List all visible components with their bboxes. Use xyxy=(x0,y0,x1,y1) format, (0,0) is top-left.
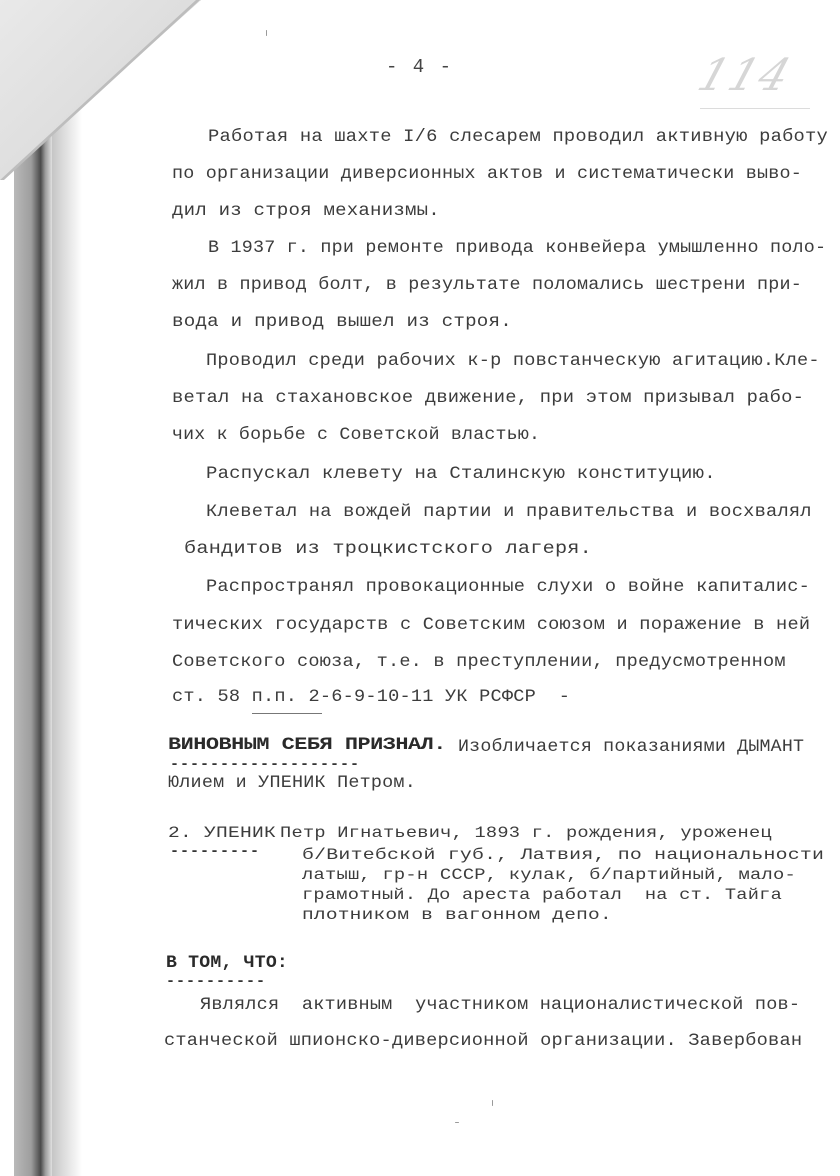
charge-heading: В ТОМ, ЧТО: xyxy=(166,954,288,973)
guilt-heading-underline: ------------------- xyxy=(170,756,360,773)
accused-2-heading-underline: --------- xyxy=(170,843,260,860)
paragraph-4-line-1: Распускал клевету на Сталинскую конститу… xyxy=(206,465,716,484)
charge-line-1: Являлся активным участником националисти… xyxy=(200,996,800,1015)
guilt-heading: ВИНОВНЫМ СЕБЯ ПРИЗНАЛ. xyxy=(168,736,446,755)
paragraph-6-line-2: тических государств с Советским союзом и… xyxy=(172,616,810,635)
paragraph-2-line-2: жил в привод болт, в результате поломали… xyxy=(172,276,802,295)
paragraph-3-line-2: ветал на стахановское движение, при этом… xyxy=(172,389,804,408)
handwritten-archive-number: 114 xyxy=(692,50,799,101)
handwritten-underline xyxy=(252,713,322,714)
paragraph-1-line-1: Работая на шахте I/6 слесарем проводил а… xyxy=(208,128,828,147)
guilt-evidence-line-1: Изобличается показаниями ДЫМАНТ xyxy=(458,738,804,757)
paragraph-2-line-3: вода и привод вышел из строя. xyxy=(172,313,512,332)
archive-mark-underline xyxy=(700,108,810,109)
paragraph-6-line-1: Распространял провокационные слухи о вой… xyxy=(206,578,810,597)
paragraph-2-line-1: В 1937 г. при ремонте привода конвейера … xyxy=(208,239,826,258)
scan-speck xyxy=(266,30,267,36)
scan-speck xyxy=(455,1122,459,1123)
paragraph-3-line-1: Проводил среди рабочих к-р повстанческую… xyxy=(206,352,820,371)
accused-2-bio-line-3: латыш, гр-н СССР, кулак, б/партийный, ма… xyxy=(302,866,796,884)
paragraph-5-line-1: Клеветал на вождей партии и правительств… xyxy=(206,503,812,522)
charge-line-2: станческой шпионско-диверсионной организ… xyxy=(164,1032,802,1051)
accused-2-bio-line-1: Петр Игнатьевич, 1893 г. рождения, уроже… xyxy=(280,824,772,842)
paragraph-6-line-4-article: ст. 58 п.п. 2-6-9-10-11 УК РСФСР - xyxy=(172,688,570,707)
paragraph-1-line-2: по организации диверсионных актов и сист… xyxy=(172,165,802,184)
charge-heading-underline: ---------- xyxy=(166,973,266,990)
accused-2-bio-line-5: плотником в вагонном депо. xyxy=(302,906,612,924)
accused-2-bio-line-2: б/Витебской губ., Латвия, по национально… xyxy=(302,846,824,864)
paragraph-1-line-3: дил из строя механизмы. xyxy=(172,202,440,221)
guilt-evidence-line-2: Юлием и УПЕНИК Петром. xyxy=(168,774,416,793)
paragraph-6-line-3: Советского союза, т.е. в преступлении, п… xyxy=(172,653,786,672)
page-number: - 4 - xyxy=(386,56,453,78)
scan-binding-gradient xyxy=(52,0,82,1176)
scan-speck xyxy=(492,1100,493,1106)
accused-2-bio-line-4: грамотный. До ареста работал на ст. Тайг… xyxy=(302,886,782,904)
scan-binding-shadow xyxy=(14,0,52,1176)
paragraph-3-line-3: чих к борьбе с Советской властью. xyxy=(172,426,540,445)
paragraph-5-line-2: бандитов из троцкистского лагеря. xyxy=(184,540,592,559)
accused-2-heading: 2. УПЕНИК xyxy=(168,824,276,842)
